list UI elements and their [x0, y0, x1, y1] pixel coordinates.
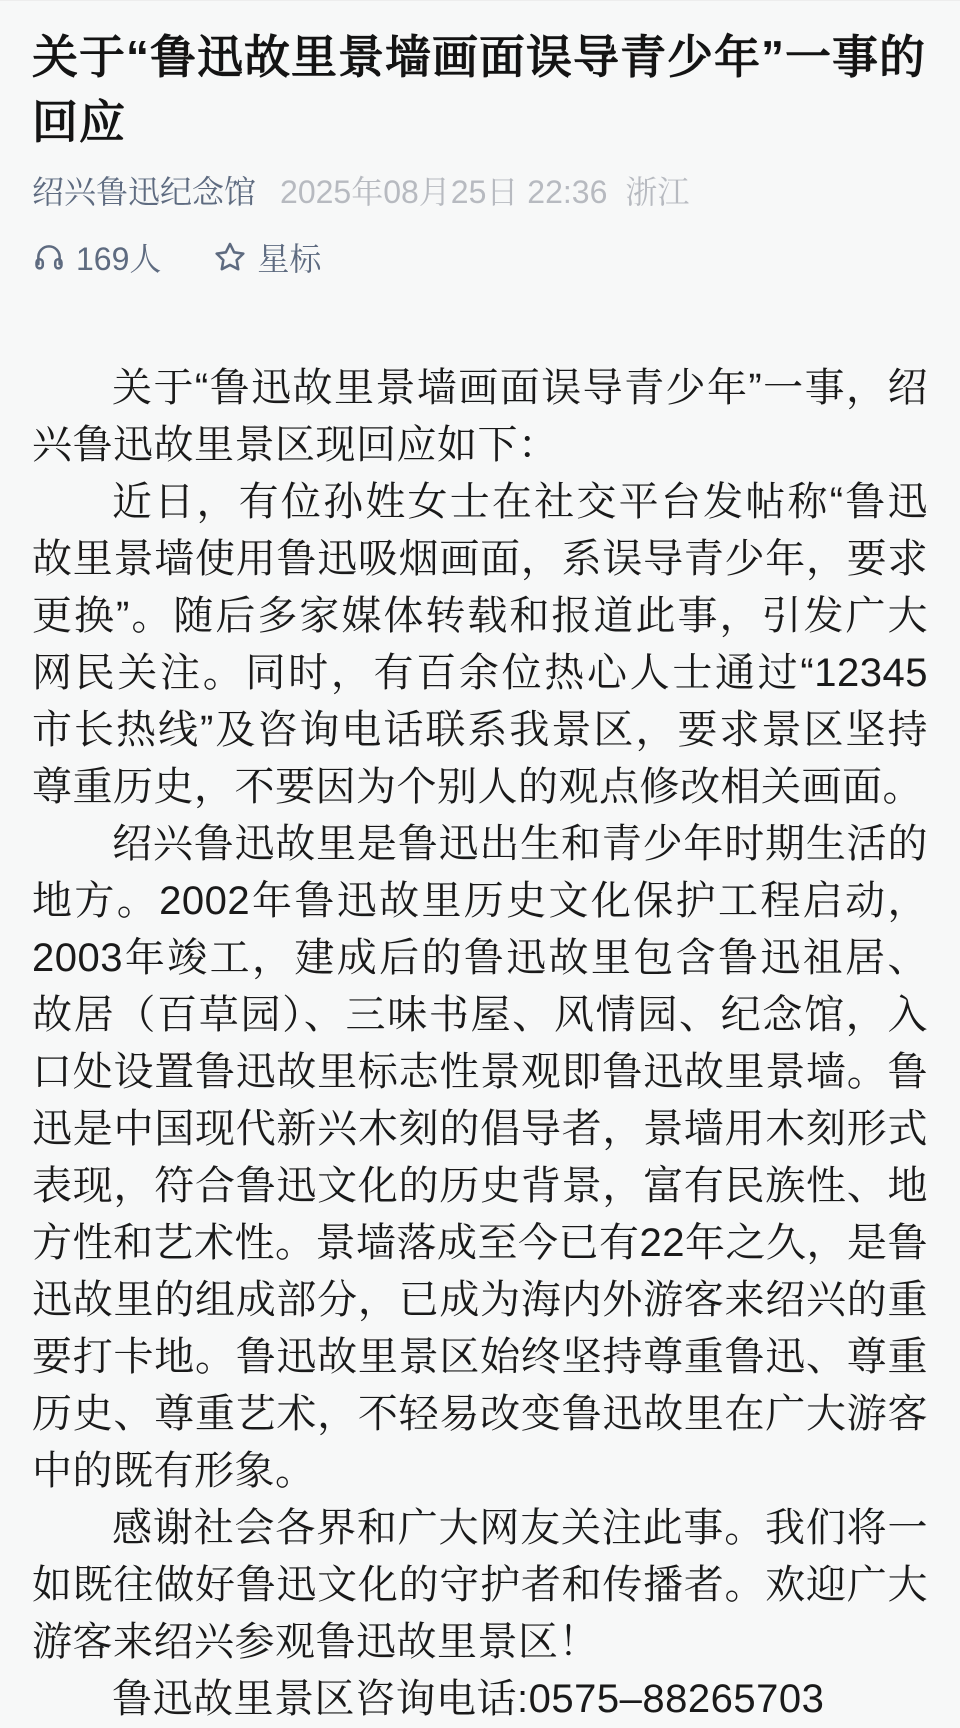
article-title: 关于“鲁迅故里景墙画面误导青少年”一事的回应: [32, 1, 928, 156]
paragraph: 关于“鲁迅故里景墙画面误导青少年”一事，绍兴鲁迅故里景区现回应如下：: [32, 360, 928, 474]
publish-region: 浙江: [625, 172, 689, 212]
star-label: 星标: [257, 234, 321, 280]
paragraph-phone: 鲁迅故里景区咨询电话:0575–88265703: [32, 1671, 928, 1728]
byline: 绍兴鲁迅纪念馆 2025年08月25日 22:36 浙江: [32, 172, 928, 212]
listeners-count: 169人: [76, 234, 161, 280]
article-body: 关于“鲁迅故里景墙画面误导青少年”一事，绍兴鲁迅故里景区现回应如下： 近日，有位…: [32, 360, 928, 1728]
article-page: 关于“鲁迅故里景墙画面误导青少年”一事的回应 绍兴鲁迅纪念馆 2025年08月2…: [0, 1, 960, 1728]
paragraph: 近日，有位孙姓女士在社交平台发帖称“鲁迅故里景墙使用鲁迅吸烟画面，系误导青少年，…: [32, 474, 928, 816]
meta-row: 169人 星标: [32, 234, 928, 280]
author-link[interactable]: 绍兴鲁迅纪念馆: [32, 172, 256, 212]
star-button[interactable]: 星标: [213, 234, 321, 280]
publish-date: 2025年08月25日 22:36: [280, 172, 607, 212]
headphones-icon: [32, 240, 66, 274]
listeners-button[interactable]: 169人: [32, 234, 161, 280]
star-outline-icon: [213, 240, 247, 274]
paragraph: 感谢社会各界和广大网友关注此事。我们将一如既往做好鲁迅文化的守护者和传播者。欢迎…: [32, 1500, 928, 1671]
paragraph: 绍兴鲁迅故里是鲁迅出生和青少年时期生活的地方。2002年鲁迅故里历史文化保护工程…: [32, 816, 928, 1500]
